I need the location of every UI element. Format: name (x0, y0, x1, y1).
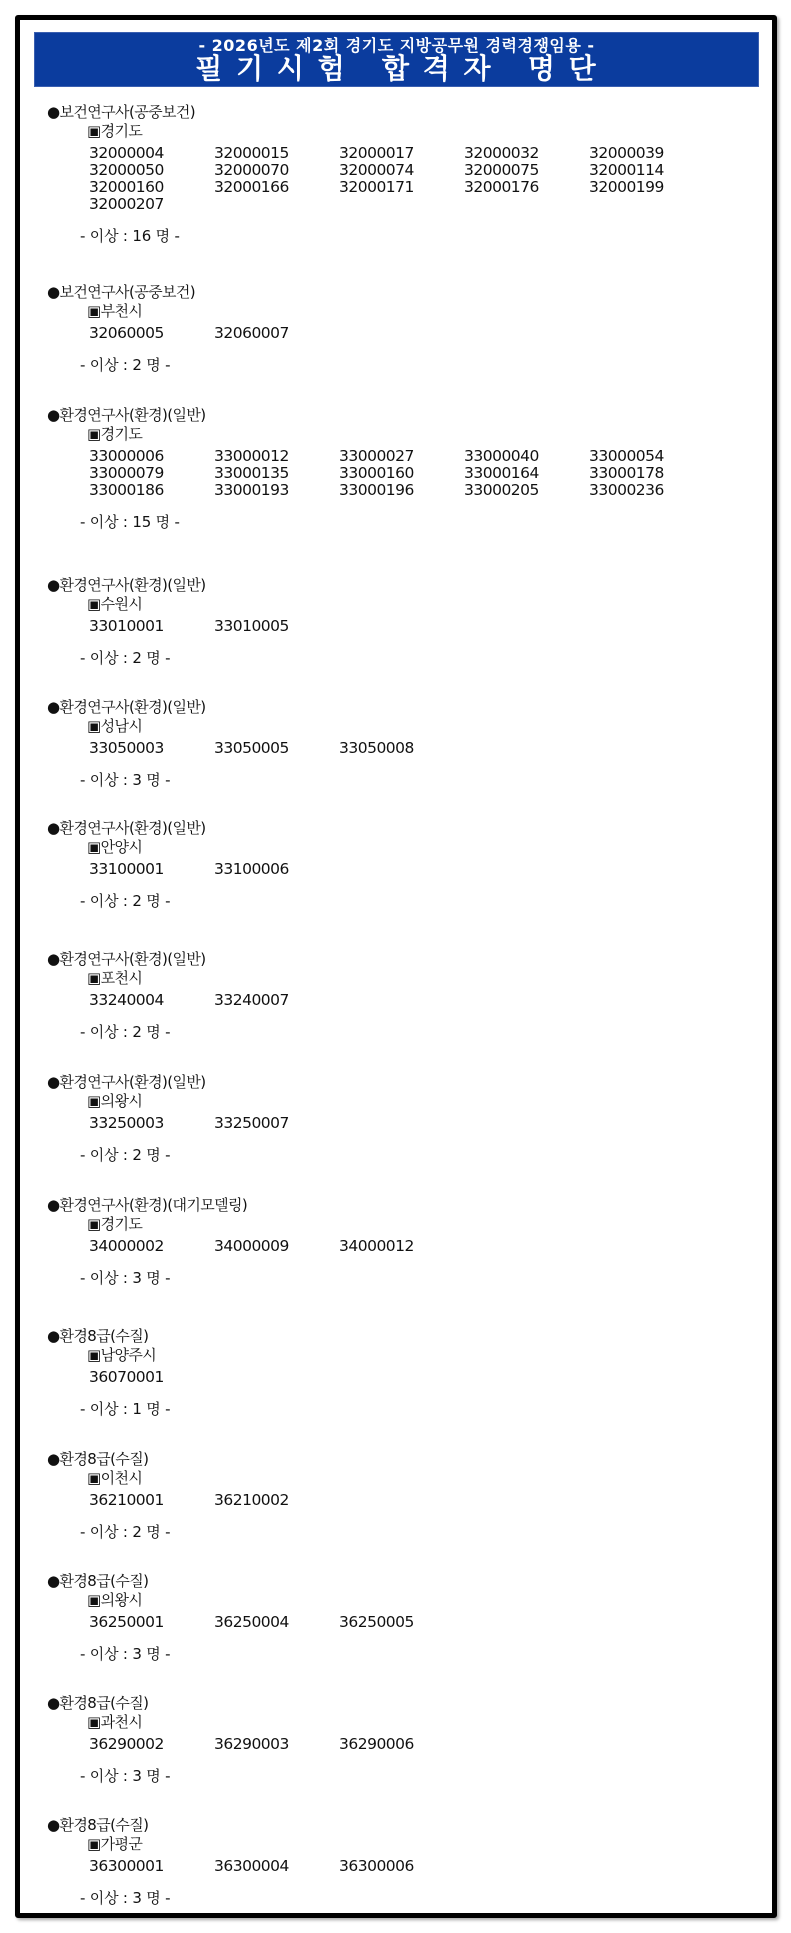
result-section: ●환경8급(수질) ▣가평군 363000013630000436300006 … (47, 1815, 714, 1908)
passer-count: - 이상 : 15 명 - (47, 512, 714, 532)
passer-count: - 이상 : 2 명 - (47, 355, 714, 375)
exam-category: ●환경연구사(환경)(일반) (47, 949, 714, 969)
region-label: ▣경기도 (47, 425, 714, 444)
candidate-id: 33000054 (589, 448, 714, 465)
result-section: ●보건연구사(공중보건) ▣경기도 3200000432000015320000… (47, 102, 714, 246)
candidate-id: 33250003 (89, 1115, 214, 1132)
candidate-id: 36300006 (339, 1858, 464, 1875)
exam-category: ●환경8급(수질) (47, 1326, 714, 1346)
candidate-id: 36290003 (214, 1736, 339, 1753)
document-frame: - 2026년도 제2회 경기도 지방공무원 경력경쟁임용 - 필 기 시 험 … (15, 15, 777, 1918)
candidate-id: 32000171 (339, 179, 464, 196)
candidate-id: 33240004 (89, 992, 214, 1009)
candidate-id-grid: 3301000133010005 (47, 618, 714, 635)
candidate-id: 32000075 (464, 162, 589, 179)
candidate-id: 33050003 (89, 740, 214, 757)
exam-category: ●환경8급(수질) (47, 1571, 714, 1591)
candidate-id: 33000040 (464, 448, 589, 465)
region-label: ▣포천시 (47, 969, 714, 988)
candidate-id: 33000006 (89, 448, 214, 465)
candidate-id: 36250004 (214, 1614, 339, 1631)
candidate-id: 32060007 (214, 325, 339, 342)
region-label: ▣경기도 (47, 1215, 714, 1234)
candidate-id: 34000002 (89, 1238, 214, 1255)
candidate-id: 36250005 (339, 1614, 464, 1631)
passer-count: - 이상 : 2 명 - (47, 891, 714, 911)
region-label: ▣의왕시 (47, 1092, 714, 1111)
candidate-id-grid: 3300000633000012330000273300004033000054… (47, 448, 714, 499)
candidate-id-grid: 362900023629000336290006 (47, 1736, 714, 1753)
region-label: ▣과천시 (47, 1713, 714, 1732)
exam-category: ●환경8급(수질) (47, 1815, 714, 1835)
candidate-id: 32000039 (589, 145, 714, 162)
region-label: ▣안양시 (47, 838, 714, 857)
candidate-id: 33240007 (214, 992, 339, 1009)
region-label: ▣성남시 (47, 717, 714, 736)
region-label: ▣경기도 (47, 122, 714, 141)
candidate-id-grid: 3621000136210002 (47, 1492, 714, 1509)
candidate-id: 36250001 (89, 1614, 214, 1631)
exam-category: ●환경연구사(환경)(일반) (47, 575, 714, 595)
exam-category: ●환경연구사(환경)(대기모델링) (47, 1195, 714, 1215)
candidate-id: 33000160 (339, 465, 464, 482)
candidate-id: 32000017 (339, 145, 464, 162)
candidate-id: 36300001 (89, 1858, 214, 1875)
candidate-id: 32060005 (89, 325, 214, 342)
candidate-id: 36290006 (339, 1736, 464, 1753)
result-section: ●환경8급(수질) ▣이천시 3621000136210002 - 이상 : 2… (47, 1449, 714, 1542)
candidate-id: 32000074 (339, 162, 464, 179)
candidate-id: 33250007 (214, 1115, 339, 1132)
result-section: ●환경8급(수질) ▣의왕시 362500013625000436250005 … (47, 1571, 714, 1664)
passer-count: - 이상 : 3 명 - (47, 770, 714, 790)
passer-count: - 이상 : 2 명 - (47, 1522, 714, 1542)
region-label: ▣이천시 (47, 1469, 714, 1488)
candidate-id-grid: 340000023400000934000012 (47, 1238, 714, 1255)
exam-category: ●환경연구사(환경)(일반) (47, 818, 714, 838)
candidate-id: 32000199 (589, 179, 714, 196)
header-title: 필 기 시 험 합 격 자 명 단 (35, 53, 758, 85)
candidate-id-grid: 3325000333250007 (47, 1115, 714, 1132)
region-label: ▣의왕시 (47, 1591, 714, 1610)
exam-category: ●환경연구사(환경)(일반) (47, 405, 714, 425)
candidate-id: 33050008 (339, 740, 464, 757)
candidate-id: 34000012 (339, 1238, 464, 1255)
result-section: ●환경8급(수질) ▣남양주시 36070001 - 이상 : 1 명 - (47, 1326, 714, 1419)
candidate-id: 33050005 (214, 740, 339, 757)
candidate-id: 36290002 (89, 1736, 214, 1753)
candidate-id: 32000114 (589, 162, 714, 179)
candidate-id: 32000207 (89, 196, 214, 213)
region-label: ▣가평군 (47, 1835, 714, 1854)
candidate-id-grid: 3310000133100006 (47, 861, 714, 878)
passer-count: - 이상 : 3 명 - (47, 1766, 714, 1786)
exam-category: ●환경8급(수질) (47, 1693, 714, 1713)
candidate-id-grid: 363000013630000436300006 (47, 1858, 714, 1875)
exam-category: ●보건연구사(공중보건) (47, 282, 714, 302)
passer-count: - 이상 : 16 명 - (47, 226, 714, 246)
candidate-id: 33000236 (589, 482, 714, 499)
candidate-id: 33000186 (89, 482, 214, 499)
candidate-id-grid: 362500013625000436250005 (47, 1614, 714, 1631)
candidate-id: 33000164 (464, 465, 589, 482)
candidate-id: 33000205 (464, 482, 589, 499)
candidate-id: 32000032 (464, 145, 589, 162)
candidate-id: 32000015 (214, 145, 339, 162)
result-section: ●환경연구사(환경)(일반) ▣경기도 33000006330000123300… (47, 405, 714, 532)
passer-count: - 이상 : 2 명 - (47, 1022, 714, 1042)
candidate-id: 34000009 (214, 1238, 339, 1255)
exam-category: ●환경연구사(환경)(일반) (47, 1072, 714, 1092)
candidate-id: 32000050 (89, 162, 214, 179)
candidate-id: 33000027 (339, 448, 464, 465)
result-section: ●보건연구사(공중보건) ▣부천시 3206000532060007 - 이상 … (47, 282, 714, 375)
candidate-id: 32000176 (464, 179, 589, 196)
result-section: ●환경연구사(환경)(일반) ▣안양시 3310000133100006 - 이… (47, 818, 714, 911)
candidate-id: 33000178 (589, 465, 714, 482)
exam-category: ●환경8급(수질) (47, 1449, 714, 1469)
candidate-id: 33000193 (214, 482, 339, 499)
passer-count: - 이상 : 2 명 - (47, 648, 714, 668)
candidate-id-grid: 3324000433240007 (47, 992, 714, 1009)
passer-count: - 이상 : 3 명 - (47, 1268, 714, 1288)
result-section: ●환경연구사(환경)(일반) ▣성남시 33050003330500053305… (47, 697, 714, 790)
candidate-id: 32000166 (214, 179, 339, 196)
candidate-id: 32000070 (214, 162, 339, 179)
header-banner: - 2026년도 제2회 경기도 지방공무원 경력경쟁임용 - 필 기 시 험 … (34, 32, 759, 87)
candidate-id: 36300004 (214, 1858, 339, 1875)
result-section: ●환경연구사(환경)(일반) ▣의왕시 3325000333250007 - 이… (47, 1072, 714, 1165)
passer-count: - 이상 : 1 명 - (47, 1399, 714, 1419)
result-section: ●환경연구사(환경)(대기모델링) ▣경기도 34000002340000093… (47, 1195, 714, 1288)
candidate-id: 36210002 (214, 1492, 339, 1509)
candidate-id: 36210001 (89, 1492, 214, 1509)
exam-category: ●보건연구사(공중보건) (47, 102, 714, 122)
result-section: ●환경연구사(환경)(일반) ▣수원시 3301000133010005 - 이… (47, 575, 714, 668)
region-label: ▣수원시 (47, 595, 714, 614)
candidate-id-grid: 330500033305000533050008 (47, 740, 714, 757)
candidate-id: 33100006 (214, 861, 339, 878)
candidate-id: 32000004 (89, 145, 214, 162)
result-section: ●환경연구사(환경)(일반) ▣포천시 3324000433240007 - 이… (47, 949, 714, 1042)
region-label: ▣부천시 (47, 302, 714, 321)
candidate-id: 33100001 (89, 861, 214, 878)
candidate-id-grid: 3200000432000015320000173200003232000039… (47, 145, 714, 213)
exam-category: ●환경연구사(환경)(일반) (47, 697, 714, 717)
candidate-id: 32000160 (89, 179, 214, 196)
passer-count: - 이상 : 3 명 - (47, 1888, 714, 1908)
region-label: ▣남양주시 (47, 1346, 714, 1365)
passer-count: - 이상 : 3 명 - (47, 1644, 714, 1664)
candidate-id-grid: 36070001 (47, 1369, 714, 1386)
passer-count: - 이상 : 2 명 - (47, 1145, 714, 1165)
result-section: ●환경8급(수질) ▣과천시 362900023629000336290006 … (47, 1693, 714, 1786)
candidate-id-grid: 3206000532060007 (47, 325, 714, 342)
candidate-id: 33000079 (89, 465, 214, 482)
candidate-id: 36070001 (89, 1369, 214, 1386)
candidate-id: 33010001 (89, 618, 214, 635)
candidate-id: 33000012 (214, 448, 339, 465)
candidate-id: 33000135 (214, 465, 339, 482)
candidate-id: 33000196 (339, 482, 464, 499)
candidate-id: 33010005 (214, 618, 339, 635)
